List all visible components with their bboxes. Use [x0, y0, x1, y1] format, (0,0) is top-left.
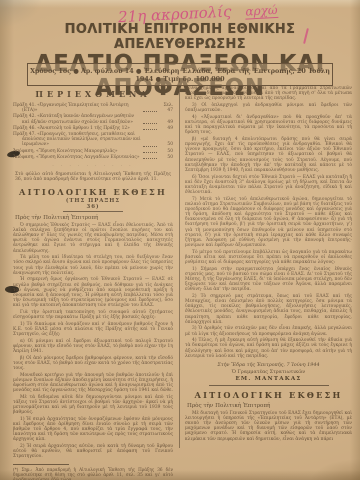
toc-label: Πράξη 42. «Κατάταξη ἱκανῶν ἀποδειγμένων … — [13, 114, 141, 124]
paragraph: 4) Τέλος, ἡ μὴ ἔγκαιρη αὐτὴ ρύθμιση θὰ ἐ… — [185, 338, 352, 359]
paragraph: Τὸ μέτρο τοῦ προτείνουμε ἐπιβάλλεται ὡς … — [185, 250, 352, 265]
signature-role: Ὁ Γραμματέας Στρατιωτικῶν — [185, 369, 352, 375]
paragraph: Μὲ διαταγὴ τοῦ Γενικοῦ Στρατηγείου τοῦ Ε… — [185, 411, 352, 442]
toc-page: 49 — [159, 126, 173, 131]
paragraph: Γιὰ τὴν ὁριστικὴ τακτοποίηση τοῦ συναφοῦ… — [13, 310, 173, 320]
paragraph: 2) Τὸ σημερινό μας στράτευμα, ὅπως καὶ τ… — [185, 294, 352, 325]
right-body-text: πειθαρχημένος ἀγώνας διεξάγεται ἀπὸ τὰ Γ… — [185, 86, 352, 359]
dateline: Στὴν Ἕδρα τῆς Ἐπιτροπῆς, 7 Ἰούνη 1944 — [185, 362, 352, 368]
left-column: ΠΕΡΙΕΧΟΜΕΝΑ Πράξη 41. «Ὀργανισμὸς Ἐπιμελ… — [13, 86, 173, 474]
organization-title: ΠΟΛΙΤΙΚΗ ΕΠΙΤΡΟΠΗ ΕΘΝΙΚΗΣ ΑΠΕΛΕΥΘΕΡΩΣΗΣ — [7, 22, 353, 52]
toc-entry: Ἀπόφαση, «Ἵδρυση Κοινότητας Λαγγαδίων Εὐ… — [13, 155, 173, 160]
section-separator — [209, 385, 329, 386]
contents-heading: ΠΕΡΙΕΧΟΜΕΝΑ — [13, 89, 173, 99]
paragraph: 4) «Ἀξιωματικοὶ δι' ἀνδραγαθίαν» ποὺ θὰ … — [185, 115, 352, 136]
report-heading-left: ΑΙΤΙΟΛΟΓΙΚΗ ΕΚΘΕΣΗ — [13, 187, 173, 197]
paragraph: Μὲ τὰ δεδομένα αὐτὰ δὲν δημιουργοῦνται μ… — [13, 395, 173, 416]
toc-leader — [143, 152, 157, 153]
paragraph: 3) Ὁ ἀριθμὸς τῶν στελεχῶν μας δὲν εἶναι … — [185, 326, 352, 336]
toc-leader — [143, 146, 157, 147]
paragraph: 1) Σήμερα στὴν πραγματικότητα ὑπάρχει ἕν… — [185, 267, 352, 293]
right-report-text: Μὲ διαταγὴ τοῦ Γενικοῦ Στρατηγείου τοῦ Ε… — [185, 411, 352, 442]
column-divider — [179, 88, 180, 448]
salutation-left: Πρὸς τὴν Πολιτικὴ Ἐπιτροπή — [15, 215, 173, 221]
toc-entry: Ἀπόφαση, «Ἵδρυση Κοινότητας Μαυρομηλιᾶς»… — [13, 149, 173, 154]
bulletin-page: 21η ακροπολίςαρχώ ΠΟΛΙΤΙΚΗ ΕΠΙΤΡΟΠΗ ΕΘΝΙ… — [0, 0, 360, 480]
toc-page: 49 — [159, 120, 173, 125]
paragraph: Τὰ μέλη του καὶ ἰδιαίτερα τὰ στελέχη του… — [13, 255, 173, 276]
paragraph: Ἡ σημερινὴ ὅμως ὀργάνωση τοῦ Ἐθνικοῦ Στρ… — [13, 277, 173, 308]
toc-label: Ἀπόφαση, «Ἵδρυση Κοινότητας Μαυρομηλιᾶς» — [13, 149, 141, 154]
dotted-separator: . . . . . . . . . . — [13, 162, 173, 167]
handwriting-text-2: αρχώ — [245, 3, 278, 20]
toc-leader — [143, 158, 157, 159]
paragraph: 6) Ὅσοι γίνονται δεχτοὶ στὸν Ἐθνικὸ Στρα… — [185, 175, 352, 196]
toc-leader — [143, 111, 157, 112]
toc-page: 50 — [159, 149, 173, 154]
toc-entry: Πράξη 42. «Κατάταξη ἱκανῶν ἀποδειγμένων … — [13, 114, 173, 124]
signature-block: Στὴν Ἕδρα τῆς Ἐπιτροπῆς, 7 Ἰούνη 1944 Ὁ … — [185, 362, 352, 382]
issue-info-bar: Χρόνος 1ος ● Ἀρ. φύλλου 14 ● Ἐλεύθερη Ἑλ… — [27, 63, 333, 86]
toc-entry: Πράξη 46. «Ἀναστολὴ τοῦ ἄρθρου 1 τῆς Πρά… — [13, 126, 173, 131]
paragraph: 7) Μετὰ τὸ τέλος τοῦ ἀπελευθερωτικοῦ ἀγώ… — [185, 197, 352, 249]
two-column-body: ΠΕΡΙΕΧΟΜΕΝΑ Πράξη 41. «Ὀργανισμὸς Ἐπιμελ… — [13, 86, 352, 474]
toc-label: Ἀπόφαση, «Ἵδρυση Κοινότητας Λαγγαδίων Εὐ… — [13, 155, 141, 160]
paragraph: 2) Ἡ σειρὰ ἀρχαιότητας αὐτῶν, ποὺ κατὰ τ… — [13, 444, 173, 459]
paragraph: 1) Ἡ σειρὰ ἀρχαιότητας τῶν ὀνομαζόμενων … — [13, 417, 173, 443]
paragraph: Μοναδικὸ κριτήριο γιὰ τὴν ἀπονομὴ τῶν βα… — [13, 373, 173, 394]
salutation-right: Πρὸς τὴν Πολιτικὴ Ἐπιτροπή — [187, 403, 352, 409]
contents-note: Στὸ φύλλο αὐτὸ δημοσιεύεται ἡ Αἰτιολογικ… — [15, 172, 171, 183]
toc-entry: Πράξη 47. «Προαγωγές, τοποθετήσεις, μετα… — [13, 132, 173, 148]
signature-name: ΕΜ. ΜΑΝΤΑΚΑΣ — [185, 376, 352, 382]
footnote-rule — [13, 464, 69, 465]
paragraph: β) «μὲ διαταγὴ 4 ἀπολυτόπρωτοι δράσης πο… — [185, 137, 352, 173]
footnote: (*) Σημ.: Ἀπὸ παραδρομὴ ἡ Αἰτιολογικὴ Ἔκ… — [13, 467, 173, 480]
left-body-text: Ὁ σημερινὸς Ἐθνικὸς Στρατὸς — ΕΛΑΣ εἶναι… — [13, 223, 173, 460]
paragraph: α) Οἱ μόνιμοι καὶ οἱ ἔφεδροι ἀξιωματικοὶ… — [13, 339, 173, 354]
toc-leader — [143, 123, 157, 124]
paragraph: Ὁ σημερινὸς Ἐθνικὸς Στρατὸς — ΕΛΑΣ εἶναι… — [13, 223, 173, 254]
paragraph: 1) Τὸ δικαίωμα νὰ ὀνομάζουν καὶ ν' ἀπονέ… — [13, 322, 173, 337]
toc-page: 50 — [159, 155, 173, 160]
toc-label: Πράξη 41. «Ὀργανισμὸς Ἐπιμελητείας τοῦ Ἀ… — [13, 103, 141, 113]
right-column: πειθαρχημένος ἀγώνας διεξάγεται ἀπὸ τὰ Γ… — [185, 86, 352, 474]
toc-leader — [143, 129, 157, 130]
paragraph: πειθαρχημένος ἀγώνας διεξάγεται ἀπὸ τὰ Γ… — [185, 86, 352, 101]
toc-label: Πράξη 46. «Ἀναστολὴ τοῦ ἄρθρου 1 τῆς Πρά… — [13, 126, 141, 131]
toc-label: Πράξη 47. «Προαγωγές, τοποθετήσεις, μετα… — [13, 132, 141, 148]
toc-page: 50 — [159, 142, 173, 147]
paragraph: β) Οἱ ἀπὸ μόνιμους ἔφεδροι βαθμοφόροι φέ… — [13, 356, 173, 371]
toc-entry: Πράξη 41. «Ὀργανισμὸς Ἐπιμελητείας τοῦ Ἀ… — [13, 103, 173, 113]
paragraph: 3) Οἱ ὁπλαρχηγοὶ γιὰ ἀνδραγαθία μόνιμοι … — [185, 103, 352, 113]
table-of-contents: Πράξη 41. «Ὀργανισμὸς Ἐπιμελητείας τοῦ Ἀ… — [13, 103, 173, 160]
toc-page: Σελ. 47 — [159, 103, 173, 113]
report-heading-right: ΑΙΤΙΟΛΟΓΙΚΗ ΕΚΘΕΣΗ — [185, 390, 352, 400]
report-subheading-left: (ΤΗΣ ΠΡΑΞΗΣ 36) — [63, 198, 123, 212]
